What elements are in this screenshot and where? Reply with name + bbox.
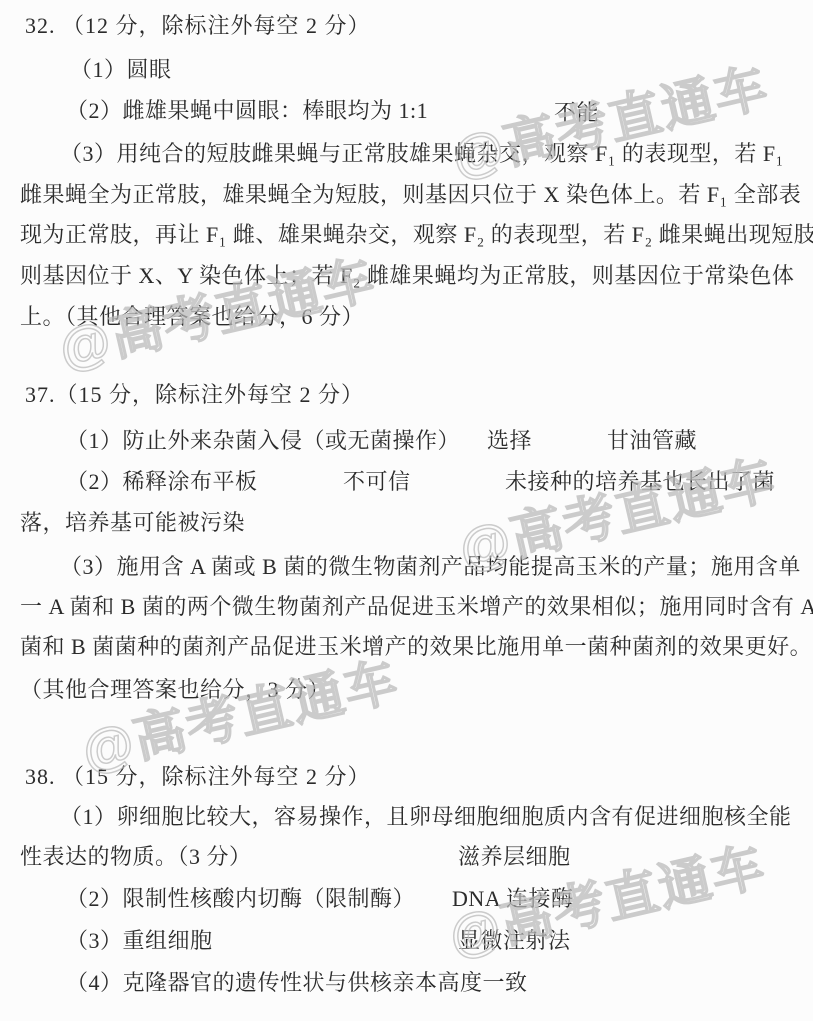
q37-item2-line1: （2）稀释涂布平板 xyxy=(66,469,258,495)
q32-item3-line4: 则基因位于 X、Y 染色体上；若 F₂ 雌雄果蝇均为正常肢，则基因位于常染色体 xyxy=(20,263,794,289)
q37-item1-answer1: 选择 xyxy=(487,428,532,454)
q37-item1-answer2: 甘油管藏 xyxy=(607,428,697,454)
q38-item3: （3）重组细胞 xyxy=(66,928,213,954)
q37-header: 37.（15 分，除标注外每空 2 分） xyxy=(25,382,364,408)
q32-item3-line3: 现为正常肢，再让 F₁ 雌、雄果蝇杂交，观察 F₂ 的表现型，若 F₂ 雌果蝇出… xyxy=(20,222,813,248)
q38-header: 38. （15 分，除标注外每空 2 分） xyxy=(25,764,371,790)
q37-item3-line1: （3）施用含 A 菌或 B 菌的微生物菌剂产品均能提高玉米的产量；施用含单 xyxy=(60,554,801,580)
watermark-gaokao-zhitongche-1: @高考直通车 xyxy=(444,45,775,191)
q37-item2-answer2: 未接种的培养基也长出了菌 xyxy=(505,469,775,495)
q37-item2-line2: 落，培养基可能被污染 xyxy=(20,510,245,536)
q37-item2-answer1: 不可信 xyxy=(343,469,411,495)
q37-item1: （1）防止外来杂菌入侵（或无菌操作） xyxy=(66,428,460,454)
q37-item3-line2: 一 A 菌和 B 菌的两个微生物菌剂产品促进玉米增产的效果相似；施用同时含有 A xyxy=(20,594,813,620)
q38-item3-answer: 显微注射法 xyxy=(458,928,571,954)
q32-item3-line2: 雌果蝇全为正常肢，雄果蝇全为短肢，则基因只位于 X 染色体上。若 F₁ 全部表 xyxy=(20,182,801,208)
q32-item3-line5: 上。（其他合理答案也给分，6 分） xyxy=(20,304,364,330)
exam-answer-sheet: 32. （12 分，除标注外每空 2 分） （1）圆眼 （2）雌雄果蝇中圆眼：棒… xyxy=(0,0,813,1021)
q32-item1: （1）圆眼 xyxy=(70,57,172,83)
q38-item4: （4）克隆器官的遗传性状与供核亲本高度一致 xyxy=(66,970,528,996)
watermark-gaokao-zhitongche-4: @高考直通车 xyxy=(74,639,405,785)
q32-item2: （2）雌雄果蝇中圆眼：棒眼均为 1:1 xyxy=(66,98,428,124)
q38-item1-answer: 滋养层细胞 xyxy=(458,844,571,870)
q38-item1-line2: 性表达的物质。（3 分） xyxy=(20,844,252,870)
q38-item2-answer: DNA 连接酶 xyxy=(452,886,573,912)
q37-item3-line3: 菌和 B 菌菌种的菌剂产品促进玉米增产的效果比施用单一菌种菌剂的效果更好。 xyxy=(20,634,812,660)
q32-item2-answer: 不能 xyxy=(554,100,599,126)
q32-item3-line1: （3）用纯合的短肢雌果蝇与正常肢雄果蝇杂交，观察 F₁ 的表现型，若 F₁ xyxy=(60,141,784,167)
q37-item3-line4: （其他合理答案也给分，3 分） xyxy=(20,677,330,703)
q32-header: 32. （12 分，除标注外每空 2 分） xyxy=(25,13,371,39)
q38-item2: （2）限制性核酸内切酶（限制酶） xyxy=(66,886,415,912)
q38-item1-line1: （1）卵细胞比较大，容易操作，且卵母细胞细胞质内含有促进细胞核全能 xyxy=(60,804,792,830)
